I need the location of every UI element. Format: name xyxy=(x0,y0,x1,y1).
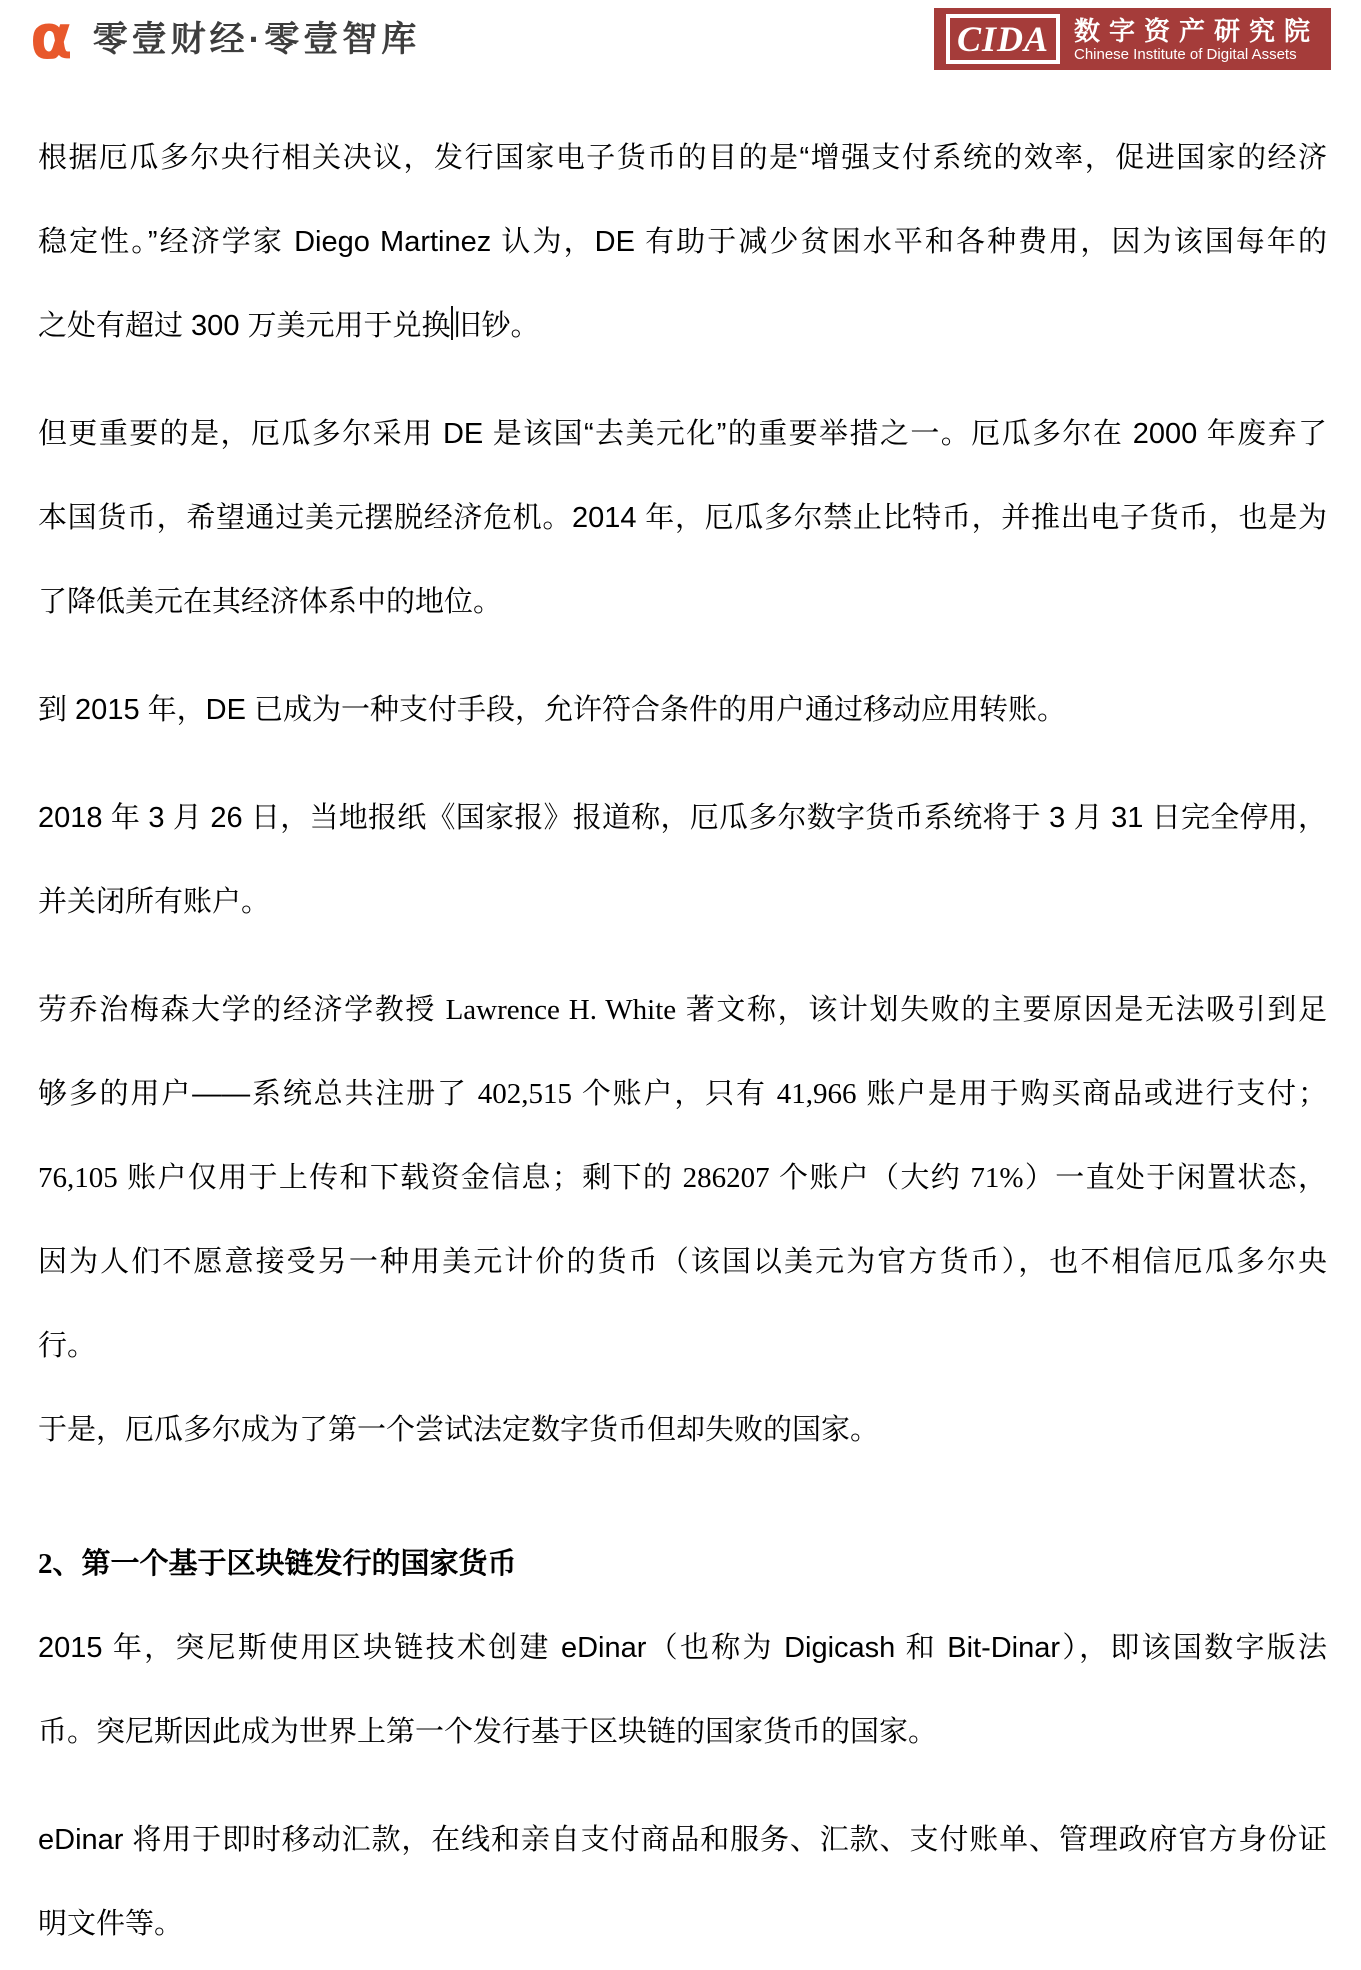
section-heading: 2、第一个基于区块链发行的国家货币 xyxy=(38,1522,1327,1606)
text-run: 了降低美元在其经济体系中的地位。 xyxy=(38,586,502,618)
text-line: 根据厄瓜多尔央行相关决议，发行国家电子货币的目的是“增强支付系统的效率，促进国家… xyxy=(38,116,1327,200)
text-run: 76,105 xyxy=(38,1162,118,1194)
text-run: 劳乔治梅森大学的经济学教授 xyxy=(38,994,446,1026)
text-run: 2015 年，突尼斯使用区块链技术创建 eDinar（也称为 Digicash … xyxy=(38,1632,1327,1664)
text-line: 2、第一个基于区块链发行的国家货币 xyxy=(38,1522,1327,1606)
text-run: 币。突尼斯因此成为世界上第一个发行基于区块链的国家货币的国家。 xyxy=(38,1716,937,1748)
text-run: 本国货币，希望通过美元摆脱经济危机。2014 年，厄瓜多尔禁止比特币，并推出电子… xyxy=(38,502,1327,534)
text-line: 够多的用户——系统总共注册了 402,515 个账户，只有 41,966 账户是… xyxy=(38,1052,1327,1136)
text-run: 账户仅用于上传和下载资金信息；剩下的 xyxy=(118,1162,683,1194)
page-header: α 零壹财经·零壹智库 CIDA 数字资产研究院 Chinese Institu… xyxy=(0,0,1361,70)
text-run: 402,515 xyxy=(478,1078,572,1110)
text-run: 行。 xyxy=(38,1330,96,1362)
text-run: 明文件等。 xyxy=(38,1908,183,1940)
text-line: 稳定性。”经济学家 Diego Martinez 认为，DE 有助于减少贫困水平… xyxy=(38,200,1327,284)
text-run: 根据厄瓜多尔央行相关决议，发行国家电子货币的目的是“增强支付系统的效率，促进国家… xyxy=(38,142,1327,174)
text-run: 、第一个基于区块链发行的国家货币 xyxy=(53,1548,517,1580)
text-run: 因为人们不愿意接受另一种用美元计价的货币（该国以美元为官方货币），也不相信厄瓜多… xyxy=(38,1246,1327,1278)
paragraph: 2018 年 3 月 26 日，当地报纸《国家报》报道称，厄瓜多尔数字货币系统将… xyxy=(38,776,1327,944)
document-body: 根据厄瓜多尔央行相关决议，发行国家电子货币的目的是“增强支付系统的效率，促进国家… xyxy=(0,70,1361,1966)
text-line: 了降低美元在其经济体系中的地位。 xyxy=(38,560,1327,644)
document-page: α 零壹财经·零壹智库 CIDA 数字资产研究院 Chinese Institu… xyxy=(0,0,1361,1970)
text-line: 2015 年，突尼斯使用区块链技术创建 eDinar（也称为 Digicash … xyxy=(38,1606,1327,1690)
text-run: 稳定性。”经济学家 Diego Martinez 认为，DE 有助于减少贫困水平… xyxy=(38,226,1327,258)
text-run: Lawrence H. White xyxy=(446,994,677,1026)
cida-acronym-icon: CIDA xyxy=(946,14,1060,64)
text-line: 2018 年 3 月 26 日，当地报纸《国家报》报道称，厄瓜多尔数字货币系统将… xyxy=(38,776,1327,860)
text-run: 并关闭所有账户。 xyxy=(38,886,270,918)
text-run: 41,966 xyxy=(777,1078,857,1110)
alpha-logo-icon: α xyxy=(30,10,73,64)
text-run: ）一直处于闲置状态， xyxy=(1024,1162,1327,1194)
paragraph: 2015 年，突尼斯使用区块链技术创建 eDinar（也称为 Digicash … xyxy=(38,1606,1327,1774)
text-run: 著文称，该计划失败的主要原因是无法吸引到足 xyxy=(676,994,1327,1026)
text-run: 于是，厄瓜多尔成为了第一个尝试法定数字货币但却失败的国家。 xyxy=(38,1414,879,1446)
text-run: 个账户，只有 xyxy=(572,1078,777,1110)
cida-name-cn: 数字资产研究院 xyxy=(1074,16,1319,46)
brand-name: 零壹财经·零壹智库 xyxy=(93,12,421,62)
text-run: 到 2015 年，DE 已成为一种支付手段，允许符合条件的用户通过移动应用转账。 xyxy=(38,694,1066,726)
text-run: 旧钞。 xyxy=(453,310,540,342)
text-line: 于是，厄瓜多尔成为了第一个尝试法定数字货币但却失败的国家。 xyxy=(38,1388,1327,1472)
cida-names: 数字资产研究院 Chinese Institute of Digital Ass… xyxy=(1074,16,1319,63)
text-line: 币。突尼斯因此成为世界上第一个发行基于区块链的国家货币的国家。 xyxy=(38,1690,1327,1774)
text-run: eDinar 将用于即时移动汇款，在线和亲自支付商品和服务、汇款、支付账单、管理… xyxy=(38,1824,1327,1856)
text-run: 但更重要的是，厄瓜多尔采用 DE 是该国“去美元化”的重要举措之一。厄瓜多尔在 … xyxy=(38,418,1327,450)
text-line: 行。 xyxy=(38,1304,1327,1388)
text-run: 2 xyxy=(38,1548,53,1580)
text-line: 但更重要的是，厄瓜多尔采用 DE 是该国“去美元化”的重要举措之一。厄瓜多尔在 … xyxy=(38,392,1327,476)
text-line: eDinar 将用于即时移动汇款，在线和亲自支付商品和服务、汇款、支付账单、管理… xyxy=(38,1798,1327,1882)
text-run: 个账户（大约 xyxy=(770,1162,971,1194)
paragraph: 于是，厄瓜多尔成为了第一个尝试法定数字货币但却失败的国家。 xyxy=(38,1388,1327,1472)
text-run: 账户是用于购买商品或进行支付； xyxy=(856,1078,1327,1110)
text-line: 明文件等。 xyxy=(38,1882,1327,1966)
text-run: 之处有超过 300 万美元用于兑换 xyxy=(38,310,451,342)
cida-logo: CIDA 数字资产研究院 Chinese Institute of Digita… xyxy=(934,8,1331,70)
text-line: 因为人们不愿意接受另一种用美元计价的货币（该国以美元为官方货币），也不相信厄瓜多… xyxy=(38,1220,1327,1304)
paragraph: eDinar 将用于即时移动汇款，在线和亲自支付商品和服务、汇款、支付账单、管理… xyxy=(38,1798,1327,1966)
paragraph: 但更重要的是，厄瓜多尔采用 DE 是该国“去美元化”的重要举措之一。厄瓜多尔在 … xyxy=(38,392,1327,644)
paragraph: 根据厄瓜多尔央行相关决议，发行国家电子货币的目的是“增强支付系统的效率，促进国家… xyxy=(38,116,1327,368)
text-line: 之处有超过 300 万美元用于兑换旧钞。 xyxy=(38,284,1327,368)
text-line: 本国货币，希望通过美元摆脱经济危机。2014 年，厄瓜多尔禁止比特币，并推出电子… xyxy=(38,476,1327,560)
paragraph: 到 2015 年，DE 已成为一种支付手段，允许符合条件的用户通过移动应用转账。 xyxy=(38,668,1327,752)
paragraph: 劳乔治梅森大学的经济学教授 Lawrence H. White 著文称，该计划失… xyxy=(38,968,1327,1388)
text-line: 并关闭所有账户。 xyxy=(38,860,1327,944)
text-line: 76,105 账户仅用于上传和下载资金信息；剩下的 286207 个账户（大约 … xyxy=(38,1136,1327,1220)
brand-logo: α 零壹财经·零壹智库 xyxy=(30,8,420,64)
text-line: 到 2015 年，DE 已成为一种支付手段，允许符合条件的用户通过移动应用转账。 xyxy=(38,668,1327,752)
text-run: 2018 年 3 月 26 日，当地报纸《国家报》报道称，厄瓜多尔数字货币系统将… xyxy=(38,802,1327,834)
text-run: 71% xyxy=(970,1162,1023,1194)
text-line: 劳乔治梅森大学的经济学教授 Lawrence H. White 著文称，该计划失… xyxy=(38,968,1327,1052)
text-run: 286207 xyxy=(683,1162,770,1194)
text-run: 够多的用户——系统总共注册了 xyxy=(38,1078,478,1110)
cida-name-en: Chinese Institute of Digital Assets xyxy=(1074,46,1319,63)
